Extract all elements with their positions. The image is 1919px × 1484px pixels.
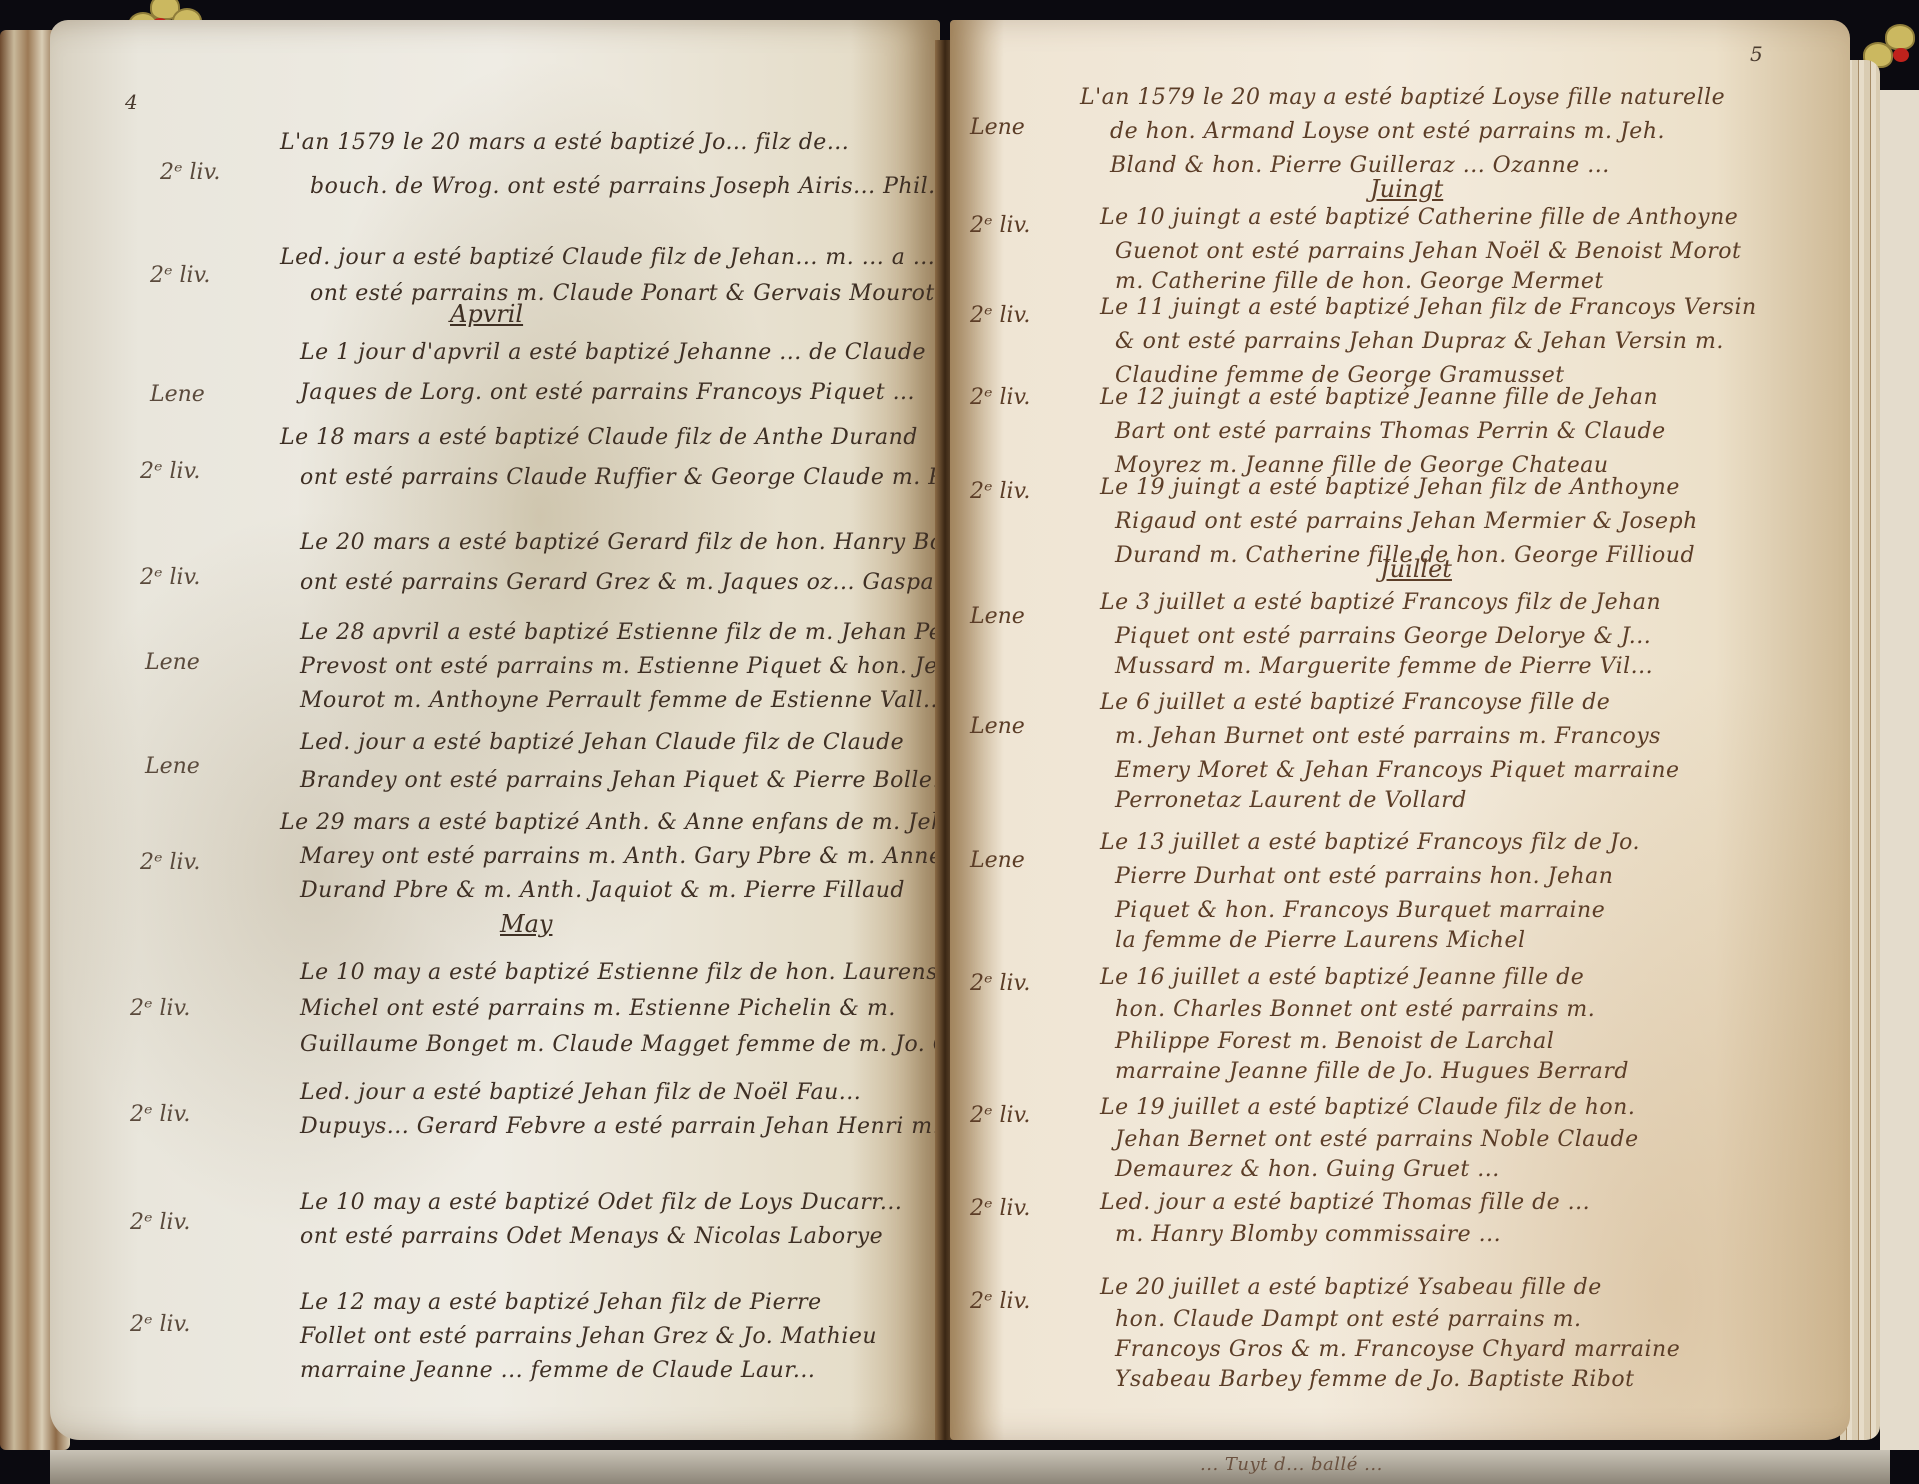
margin-note: 2ᵉ liv. [130, 1210, 190, 1235]
margin-note: 2ᵉ liv. [160, 160, 220, 185]
margin-note: 2ᵉ liv. [140, 459, 200, 484]
margin-note: 2ᵉ liv. [970, 1103, 1030, 1128]
month-heading: Juingt [1370, 175, 1443, 203]
month-heading: Juillet [1380, 555, 1452, 583]
next-volume-page [1880, 90, 1919, 1450]
margin-note: 2ᵉ liv. [970, 303, 1030, 328]
margin-note: 2ᵉ liv. [970, 385, 1030, 410]
left-page: 4 2ᵉ liv. L'an 1579 le 20 mars a esté ba… [50, 20, 940, 1440]
book-bottom-edge: ... Tuyt d... ballé ... [50, 1450, 1890, 1484]
margin-note: 2ᵉ liv. [140, 850, 200, 875]
margin-note: 2ᵉ liv. [150, 263, 210, 288]
folio-number: 4 [125, 90, 138, 114]
margin-note: Lene [145, 754, 200, 779]
margin-note: 2ᵉ liv. [970, 1196, 1030, 1221]
margin-note: 2ᵉ liv. [970, 1289, 1030, 1314]
margin-note: 2ᵉ liv. [970, 213, 1030, 238]
month-heading: May [500, 910, 552, 938]
margin-note: 2ᵉ liv. [130, 1102, 190, 1127]
margin-note: Lene [970, 115, 1025, 140]
margin-note: Lene [970, 714, 1025, 739]
margin-note: Lene [150, 382, 205, 407]
margin-note: Lene [970, 848, 1025, 873]
margin-note: Lene [145, 650, 200, 675]
margin-note: 2ᵉ liv. [140, 565, 200, 590]
margin-note: 2ᵉ liv. [970, 971, 1030, 996]
margin-note: Lene [970, 604, 1025, 629]
folio-number: 5 [1750, 42, 1763, 66]
margin-note: 2ᵉ liv. [130, 996, 190, 1021]
month-heading: Apvril [450, 300, 523, 328]
bottom-page-text: ... Tuyt d... ballé ... [1200, 1454, 1383, 1475]
margin-note: 2ᵉ liv. [130, 1312, 190, 1337]
margin-note: 2ᵉ liv. [970, 479, 1030, 504]
right-page: 5 Lene L'an 1579 le 20 may a esté baptiz… [950, 20, 1850, 1440]
